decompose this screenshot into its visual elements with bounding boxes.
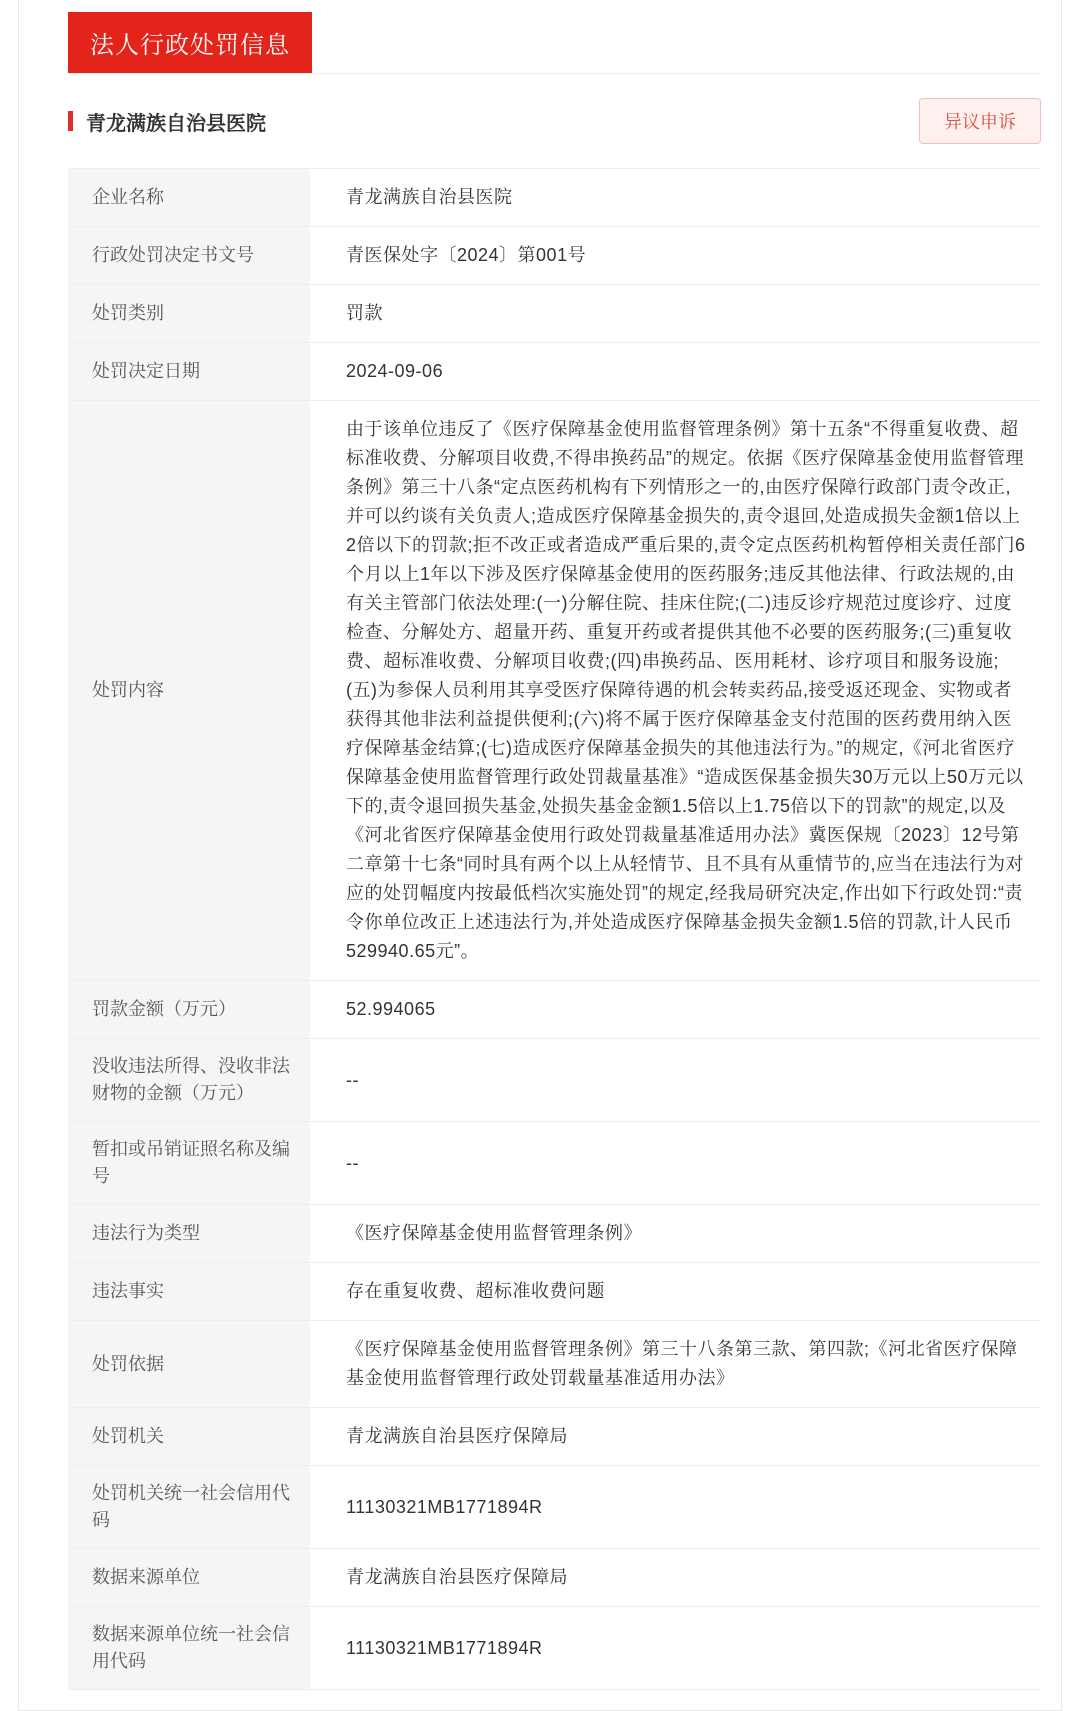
table-row-penalty-category: 处罚类别 罚款	[68, 285, 1041, 343]
table-row-authority-credit-code: 处罚机关统一社会信用代码 11130321MB1771894R	[68, 1466, 1041, 1549]
page-title-badge: 法人行政处罚信息	[68, 12, 312, 73]
table-row-violation-facts: 违法事实 存在重复收费、超标准收费问题	[68, 1263, 1041, 1321]
row-value: 《医疗保障基金使用监督管理条例》第三十八条第三款、第四款;《河北省医疗保障基金使…	[310, 1321, 1041, 1407]
row-value: 2024-09-06	[310, 343, 1041, 400]
penalty-info-table: 企业名称 青龙满族自治县医院 行政处罚决定书文号 青医保处字〔2024〕第001…	[68, 168, 1041, 1690]
row-label: 处罚机关统一社会信用代码	[68, 1466, 310, 1548]
row-label: 处罚类别	[68, 285, 310, 342]
row-value: 青医保处字〔2024〕第001号	[310, 227, 1041, 284]
table-row-data-source-credit-code: 数据来源单位统一社会信用代码 11130321MB1771894R	[68, 1607, 1041, 1690]
row-label: 行政处罚决定书文号	[68, 227, 310, 284]
table-row-penalty-authority: 处罚机关 青龙满族自治县医疗保障局	[68, 1408, 1041, 1466]
row-value: --	[310, 1122, 1041, 1204]
row-value: 存在重复收费、超标准收费问题	[310, 1263, 1041, 1320]
row-value: 青龙满族自治县医疗保障局	[310, 1408, 1041, 1465]
row-value: 由于该单位违反了《医疗保障基金使用监督管理条例》第十五条“不得重复收费、超标准收…	[310, 401, 1041, 980]
page-header: 法人行政处罚信息	[68, 12, 1041, 74]
table-row-confiscation-amount: 没收违法所得、没收非法财物的金额（万元） --	[68, 1039, 1041, 1122]
row-label: 违法事实	[68, 1263, 310, 1320]
company-title-row: 青龙满族自治县医院 异议申诉	[68, 98, 1041, 144]
table-row-penalty-basis: 处罚依据 《医疗保障基金使用监督管理条例》第三十八条第三款、第四款;《河北省医疗…	[68, 1321, 1041, 1408]
penalty-info-card: 法人行政处罚信息 青龙满族自治县医院 异议申诉 企业名称 青龙满族自治县医院 行…	[18, 0, 1062, 1711]
company-title-group: 青龙满族自治县医院	[68, 107, 266, 136]
table-row-fine-amount: 罚款金额（万元） 52.994065	[68, 981, 1041, 1039]
table-row-decision-date: 处罚决定日期 2024-09-06	[68, 343, 1041, 401]
row-value: 青龙满族自治县医疗保障局	[310, 1549, 1041, 1606]
row-value: 11130321MB1771894R	[310, 1607, 1041, 1689]
row-value: 青龙满族自治县医院	[310, 169, 1041, 226]
row-label: 没收违法所得、没收非法财物的金额（万元）	[68, 1039, 310, 1121]
row-value: 《医疗保障基金使用监督管理条例》	[310, 1205, 1041, 1262]
row-label: 处罚内容	[68, 401, 310, 980]
row-label: 违法行为类型	[68, 1205, 310, 1262]
appeal-button[interactable]: 异议申诉	[919, 98, 1041, 144]
table-row-data-source-unit: 数据来源单位 青龙满族自治县医疗保障局	[68, 1549, 1041, 1607]
row-value: 罚款	[310, 285, 1041, 342]
table-row-penalty-content: 处罚内容 由于该单位违反了《医疗保障基金使用监督管理条例》第十五条“不得重复收费…	[68, 401, 1041, 981]
company-name-title: 青龙满族自治县医院	[86, 107, 266, 136]
row-value: --	[310, 1039, 1041, 1121]
row-label: 企业名称	[68, 169, 310, 226]
row-label: 罚款金额（万元）	[68, 981, 310, 1038]
row-label: 暂扣或吊销证照名称及编号	[68, 1122, 310, 1204]
row-value: 52.994065	[310, 981, 1041, 1038]
title-accent-bar	[68, 111, 73, 131]
row-label: 数据来源单位统一社会信用代码	[68, 1607, 310, 1689]
row-label: 处罚决定日期	[68, 343, 310, 400]
table-row-license-suspension: 暂扣或吊销证照名称及编号 --	[68, 1122, 1041, 1205]
row-label: 处罚机关	[68, 1408, 310, 1465]
table-row-company-name: 企业名称 青龙满族自治县医院	[68, 169, 1041, 227]
row-label: 处罚依据	[68, 1321, 310, 1407]
row-label: 数据来源单位	[68, 1549, 310, 1606]
table-row-violation-type: 违法行为类型 《医疗保障基金使用监督管理条例》	[68, 1205, 1041, 1263]
table-row-decision-doc-number: 行政处罚决定书文号 青医保处字〔2024〕第001号	[68, 227, 1041, 285]
row-value: 11130321MB1771894R	[310, 1466, 1041, 1548]
